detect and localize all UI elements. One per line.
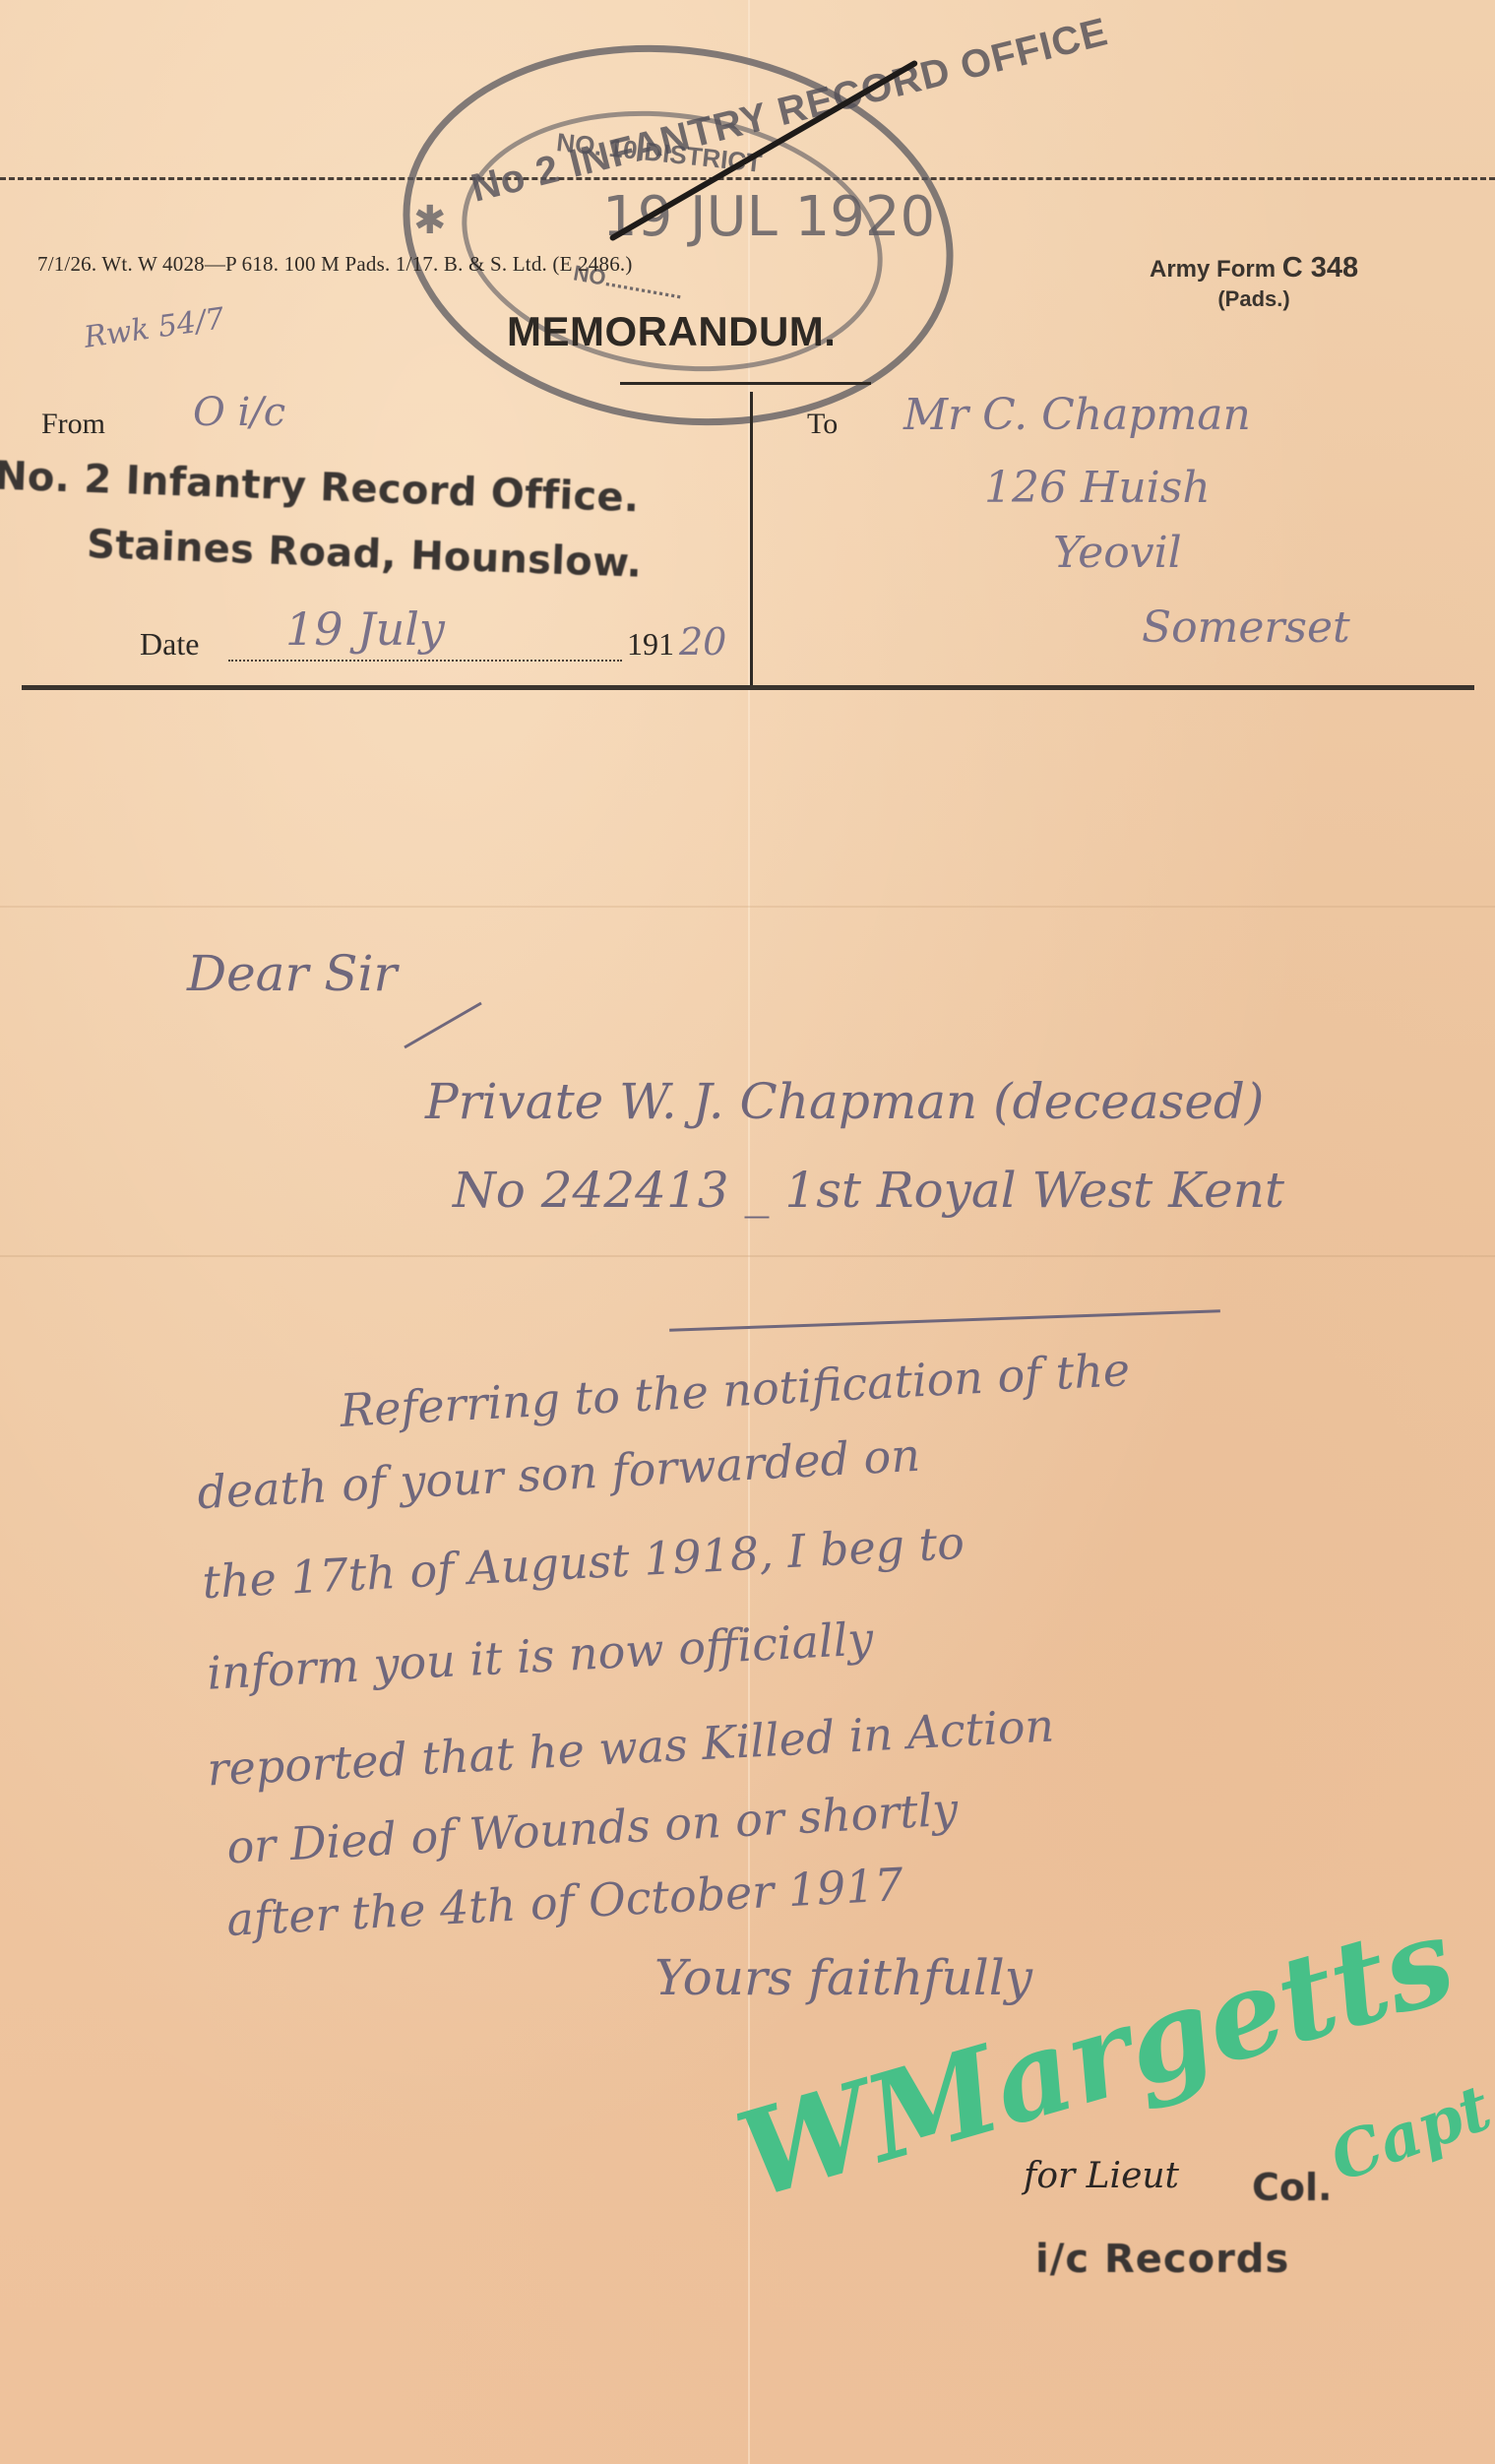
to-label: To <box>807 408 838 441</box>
title-underline <box>620 382 871 385</box>
subject-service-number: No 242413 _ 1st Royal West Kent <box>453 1162 1284 1219</box>
recipient-town: Yeovil <box>1053 528 1182 578</box>
printer-imprint: 7/1/26. Wt. W 4028—P 618. 100 M Pads. 1/… <box>37 252 633 277</box>
closing: Yours faithfully <box>654 1949 1032 2006</box>
recipient-county: Somerset <box>1142 602 1350 653</box>
date-year-printed: 191 <box>627 626 674 663</box>
signature-rank: Capt <box>1321 2071 1495 2196</box>
body-line: reported that he was Killed in Action <box>206 1698 1055 1796</box>
date-handwritten: 19 July <box>285 602 445 656</box>
date-dotted-line <box>228 660 622 662</box>
body-line: after the 4th of October 1917 <box>225 1858 904 1946</box>
recipient-street: 126 Huish <box>984 463 1211 513</box>
form-code: C 348 <box>1282 252 1358 284</box>
header-divider <box>22 685 1474 690</box>
from-label: From <box>41 408 105 441</box>
paper-fold-horizontal <box>0 1255 1495 1257</box>
subject-underline <box>669 1309 1220 1332</box>
from-office-stamp-line1: No. 2 Infantry Record Office. <box>0 454 640 522</box>
salutation-underline <box>404 1002 481 1049</box>
paper-fold-horizontal <box>0 906 1495 908</box>
form-label: Army Form <box>1150 256 1276 283</box>
date-year-handwritten: 20 <box>679 620 726 663</box>
body-line: Referring to the notification of the <box>339 1343 1131 1437</box>
body-line: inform you it is now officially <box>206 1611 875 1699</box>
from-to-divider <box>750 392 753 685</box>
body-line: the 17th of August 1918, I beg to <box>201 1516 966 1609</box>
reference-note: Rwk 54/7 <box>82 301 226 355</box>
star-icon: ✱ <box>413 197 447 243</box>
signature-records-stamp: i/c Records <box>1035 2237 1289 2282</box>
signature-for-line: for Lieut <box>1024 2156 1179 2196</box>
body-line: death of your son forwarded on <box>196 1428 921 1519</box>
date-label: Date <box>140 626 199 663</box>
signature-col-stamp: Col. <box>1252 2166 1332 2209</box>
recipient-name: Mr C. Chapman <box>903 390 1251 440</box>
from-office-stamp-line2: Staines Road, Hounslow. <box>86 522 643 587</box>
subject-soldier-name: Private W. J. Chapman (deceased) <box>425 1073 1264 1130</box>
salutation: Dear Sir <box>187 945 397 1002</box>
from-handwritten: O i/c <box>193 390 285 435</box>
army-form-number: Army Form C 348 (Pads.) <box>1150 252 1358 312</box>
form-subtitle: (Pads.) <box>1150 286 1358 312</box>
page-title: MEMORANDUM. <box>507 308 836 355</box>
